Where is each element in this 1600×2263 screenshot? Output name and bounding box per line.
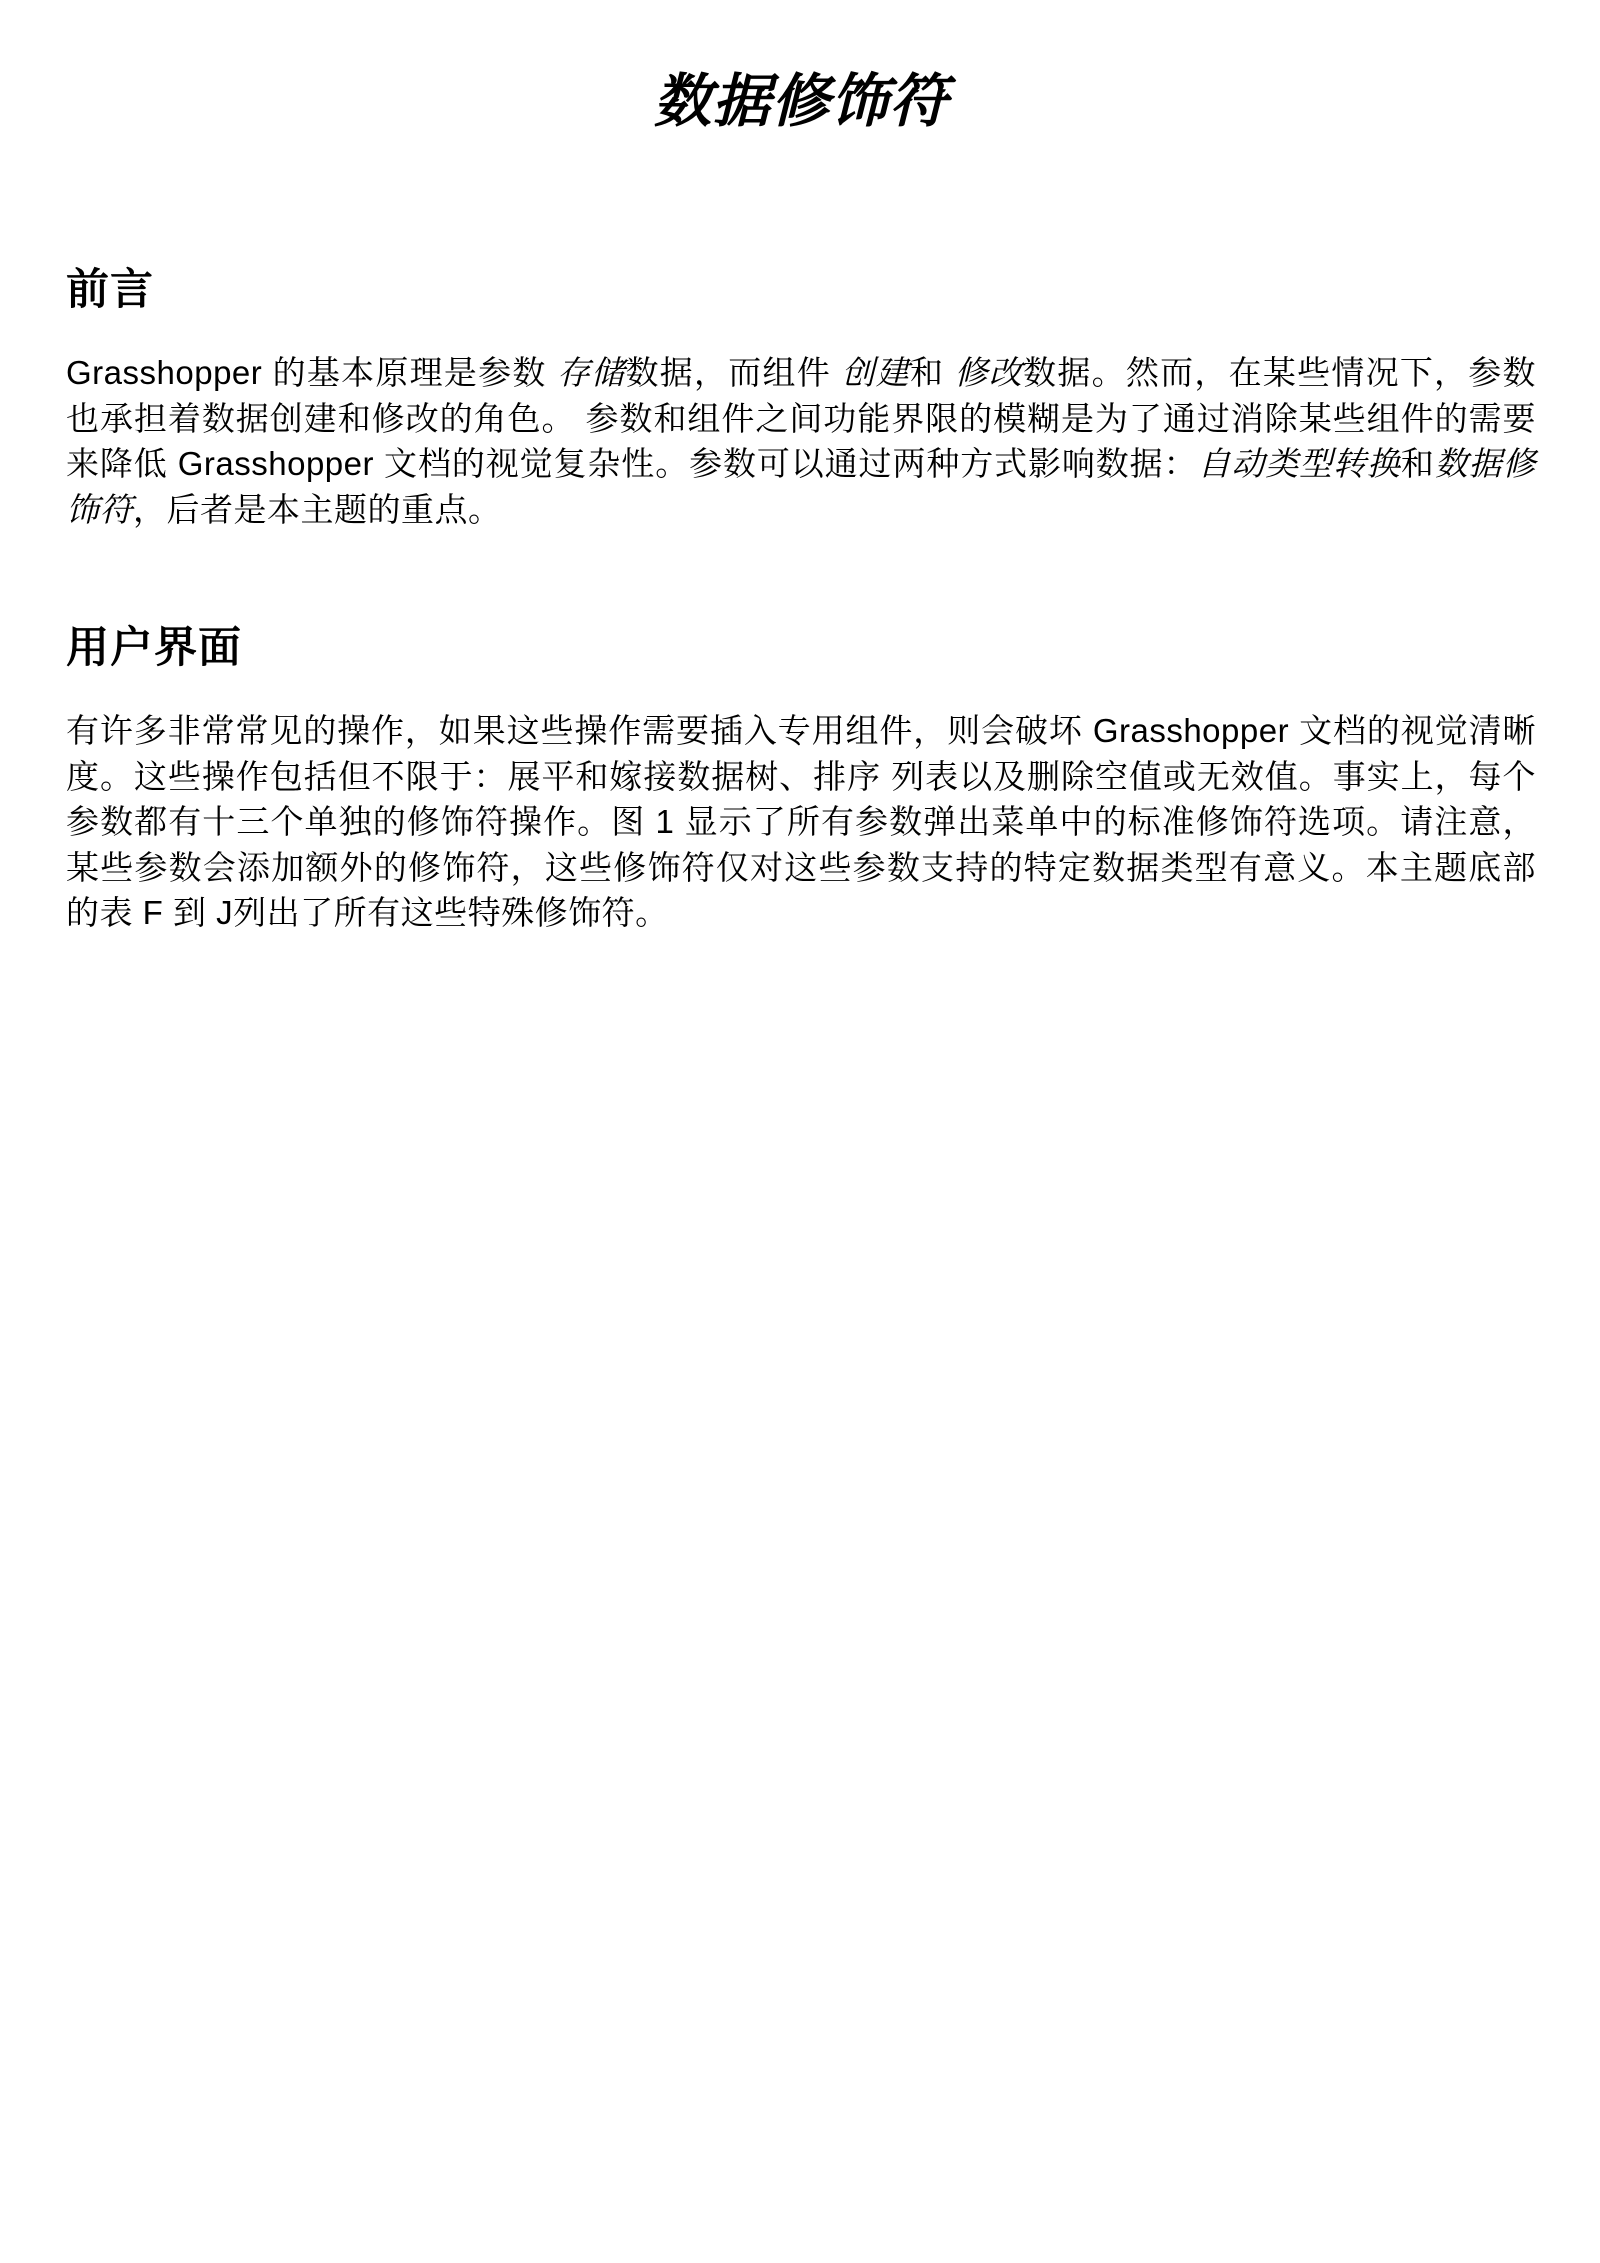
document-page: 数据修饰符 前言 Grasshopper 的基本原理是参数 存储数据，而组件 创… [0,0,1600,2263]
section-heading-preface: 前言 [66,262,1536,318]
section-user-interface: 用户界面 有许多非常常见的操作，如果这些操作需要插入专用组件，则会破坏 Gras… [66,620,1536,936]
user-interface-paragraph: 有许多非常常见的操作，如果这些操作需要插入专用组件，则会破坏 Grasshopp… [66,708,1536,936]
preface-paragraph: Grasshopper 的基本原理是参数 存储数据，而组件 创建和 修改数据。然… [66,350,1536,532]
section-heading-user-interface: 用户界面 [66,620,1536,676]
document-title: 数据修饰符 [66,66,1536,138]
section-preface: 前言 Grasshopper 的基本原理是参数 存储数据，而组件 创建和 修改数… [66,262,1536,532]
